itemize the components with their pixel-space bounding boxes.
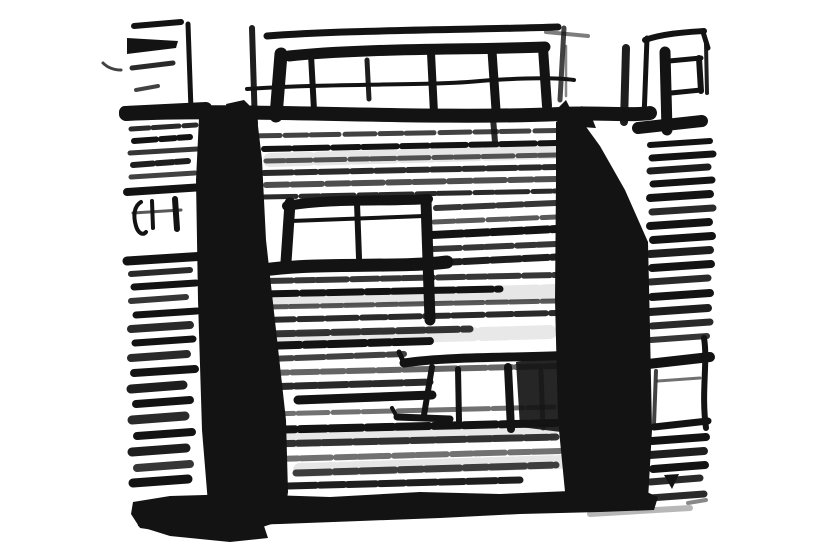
left-wing-mid-window — [127, 187, 206, 261]
roofline — [267, 27, 588, 36]
right-pillar — [555, 100, 652, 504]
center-hatching-lower — [263, 275, 560, 486]
ink-sketch-figure — [0, 0, 840, 560]
right-wing-mid-window — [648, 338, 710, 428]
right-wing-hatching-lower — [650, 437, 706, 489]
ink-sketch-canvas — [0, 0, 840, 560]
ground-line — [131, 489, 706, 542]
left-wing-hatching-upper — [130, 125, 197, 177]
center-hatching-right-of-window — [432, 203, 556, 263]
left-wing-hatching-lower — [131, 270, 197, 483]
artwork-page — [0, 0, 840, 560]
right-wing-hatching-upper — [650, 141, 713, 340]
